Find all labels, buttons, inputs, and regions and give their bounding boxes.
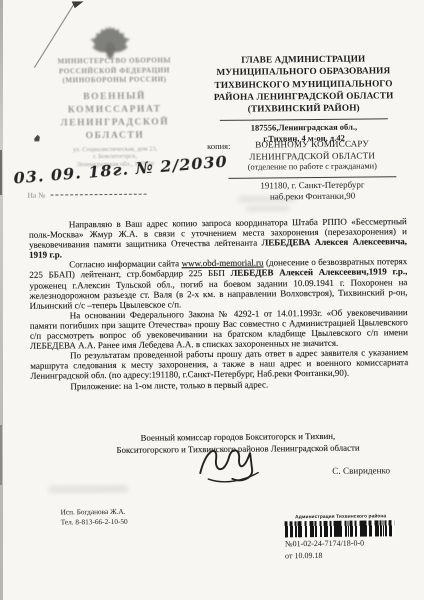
- executor-block: Исп. Богданова Ж.А. Тел. 8-813-66-2-10-5…: [61, 507, 128, 527]
- stamp-date: от 10.09.18: [285, 550, 397, 561]
- scanner-edge-band: [0, 0, 3, 600]
- recipient-copy-block: ВОЕННОМУ КОМИССАРУ ЛЕНИНГРАДСКОЙ ОБЛАСТИ…: [221, 137, 404, 203]
- scan-smudge: [238, 195, 296, 203]
- scanner-edge-mark: [0, 150, 2, 195]
- body-paragraph: На основании Федерального Закона № 4292-…: [30, 307, 408, 351]
- reference-number-line: На №: [28, 190, 147, 200]
- stamp-organization: Администрация Тихвинского района: [285, 514, 397, 520]
- divider-line: [220, 119, 388, 122]
- recipient-primary-block: ГЛАВЕ АДМИНИСТРАЦИИ МУНИЦИПАЛЬНОГО ОБРАЗ…: [204, 53, 403, 144]
- scanned-letter-page: МИНИСТЕРСТВО ОБОРОНЫ РОССИЙСКОЙ ФЕДЕРАЦИ…: [0, 0, 424, 600]
- body-paragraph: Направляю в Ваш адрес копию запроса коор…: [29, 216, 407, 260]
- stamp-number: №01-02-24-7174/18-0-0: [285, 538, 397, 549]
- coat-of-arms-eagle-icon: [86, 23, 134, 61]
- body-paragraph: По результатам проведенной работы прошу …: [30, 347, 408, 381]
- scan-smudge: [246, 205, 290, 211]
- recipient-line: (ТИХВИНСКИЙ РАЙОН): [205, 102, 403, 116]
- blank-dashed-line: [50, 194, 146, 196]
- copy-recipient-note: (отделение по работе с гражданами): [221, 161, 403, 173]
- scanner-edge-mark: [0, 425, 2, 485]
- scan-content: МИНИСТЕРСТВО ОБОРОНЫ РОССИЙСКОЙ ФЕДЕРАЦИ…: [0, 0, 424, 600]
- body-paragraph: Согласно информации сайта www.obd-memori…: [29, 257, 407, 311]
- letterhead: МИНИСТЕРСТВО ОБОРОНЫ РОССИЙСКОЙ ФЕДЕРАЦИ…: [30, 56, 199, 169]
- divider-line: [228, 176, 396, 179]
- letter-body: Направляю в Ваш адрес копию запроса коор…: [29, 216, 409, 391]
- executor-name: Исп. Богданова Ж.А.: [61, 507, 128, 517]
- signer-name: С. Свириденко: [332, 465, 390, 476]
- scan-smudge: [48, 485, 128, 494]
- letterhead-ministry-line: (МИНОБОРОНЫ РОССИИ): [30, 75, 198, 86]
- recipient-line: РАЙОНА ЛЕНИНГРАДСКОЙ ОБЛАСТИ: [205, 90, 403, 104]
- executor-phone: Тел. 8-813-66-2-10-50: [61, 516, 128, 526]
- signature-autograph: [194, 440, 266, 485]
- registration-stamp: Администрация Тихвинского района №01-02-…: [285, 514, 397, 560]
- reference-label: На №: [28, 191, 46, 200]
- barcode: [285, 520, 395, 537]
- letterhead-org-line: ОБЛАСТИ: [31, 129, 199, 144]
